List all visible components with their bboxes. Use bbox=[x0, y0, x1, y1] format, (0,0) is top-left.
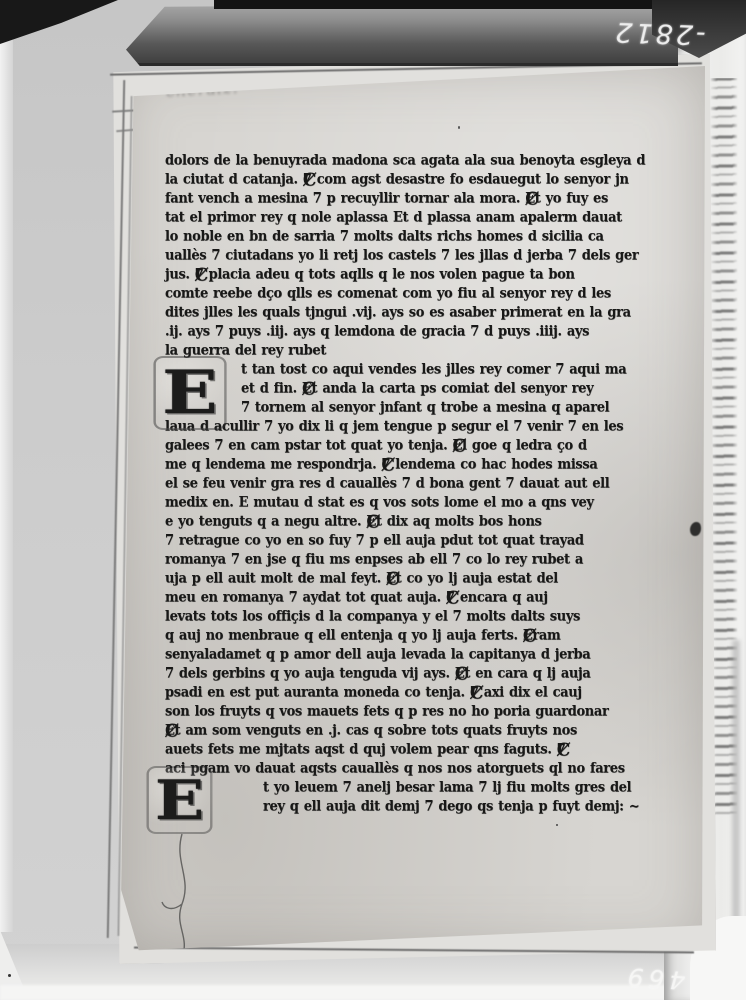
manuscript-line: romanya 7 en jse q fiu ms enpses ab ell … bbox=[165, 550, 665, 570]
manuscript-line: lo noble en bn de sarria 7 molts dalts r… bbox=[165, 227, 665, 247]
photo-bottom-glare bbox=[0, 985, 690, 1000]
paragraph-mark: Ȼ bbox=[386, 569, 399, 589]
manuscript-line: medix en. E mutau d stat es q vos sots l… bbox=[165, 493, 665, 513]
dust-speck bbox=[458, 126, 460, 129]
manuscript-line: el se feu venir gra res d cauallès 7 d b… bbox=[165, 474, 665, 494]
manuscript-line: t tan tost co aqui vendes les jlles rey … bbox=[165, 360, 665, 380]
paragraph-mark: Ȼ bbox=[165, 721, 178, 741]
manuscript-line: 7 tornem al senyor jnfant q trobe a mesi… bbox=[165, 398, 665, 418]
manuscript-line: et d fin. Ȼ Et anda la carta ps comiat d… bbox=[165, 379, 665, 399]
illuminated-initial-1: E bbox=[153, 356, 226, 430]
manuscript-line: rey q ell auja dit demj 7 dego qs tenja … bbox=[165, 797, 665, 817]
paragraph-mark: Ȼ bbox=[525, 189, 538, 209]
manuscript-line: levats tots los offiçis d la companya y … bbox=[165, 607, 665, 627]
manuscript-line: meu en romanya 7 aydat tot quat auja. Ȼ … bbox=[165, 588, 665, 608]
photo-left-edge-highlight bbox=[0, 30, 13, 932]
paragraph-mark: Ȼ bbox=[381, 455, 394, 475]
paragraph-mark: Ȼ bbox=[523, 626, 536, 646]
dust-speck bbox=[556, 824, 558, 826]
manuscript-line: q auj no menbraue q ell entenja q yo lj … bbox=[165, 626, 665, 646]
manuscript-line: son los fruyts q vos mauets fets q p res… bbox=[165, 702, 665, 722]
paragraph-mark: Ȼ bbox=[195, 265, 208, 285]
paragraph-mark: Ȼ bbox=[303, 170, 316, 190]
illuminated-initial-2: E bbox=[146, 766, 212, 834]
manuscript-line: aci pgam vo dauat aqsts cauallès q nos n… bbox=[165, 759, 665, 779]
manuscript-line: jus. Ȼ 7 placia adeu q tots aqlls q le n… bbox=[165, 265, 665, 285]
manuscript-line: uallès 7 ciutadans yo li retj los castel… bbox=[165, 246, 665, 266]
manuscript-line: uja p ell auit molt de mal feyt. Ȼ Et co… bbox=[165, 569, 665, 589]
paragraph-mark: Ȼ bbox=[446, 588, 459, 608]
manuscript-line: dolors de la benuyrada madona sca agata … bbox=[165, 151, 665, 171]
paragraph-mark: Ȼ bbox=[455, 664, 468, 684]
manuscript-line: fant vench a mesina 7 p recuyllir tornar… bbox=[165, 189, 665, 209]
manuscript-line: psadi en est put auranta moneda co tenja… bbox=[165, 683, 665, 703]
manuscript-line: galees 7 en cam pstar tot quat yo tenja.… bbox=[165, 436, 665, 456]
paragraph-mark: Ȼ bbox=[470, 683, 483, 703]
manuscript-line: comte reebe dço qlls es comenat com yo f… bbox=[165, 284, 665, 304]
manuscript-line: 7 dels gerbins q yo auja tenguda vij ays… bbox=[165, 664, 665, 684]
manuscript-line: e yo tenguts q a negu altre. Ȼ Et dix aq… bbox=[165, 512, 665, 532]
photo-top-left-dark-corner bbox=[0, 0, 118, 44]
manuscript-photograph: cheralz. dolors de la benuyrada madona s… bbox=[0, 0, 746, 1000]
manuscript-line: auets fets me mjtats aqst d quj volem pe… bbox=[165, 740, 665, 760]
manuscript-line: 7 retrague co yo en so fuy 7 p ell auja … bbox=[165, 531, 665, 551]
text-block: dolors de la benuyrada madona sca agata … bbox=[165, 151, 665, 816]
ink-blot bbox=[690, 522, 701, 536]
manuscript-line: me q lendema me respondrja. Ȼ 7 lendema … bbox=[165, 455, 665, 475]
manuscript-page: cheralz. dolors de la benuyrada madona s… bbox=[120, 66, 705, 952]
paragraph-mark: Ȼ bbox=[557, 740, 570, 760]
manuscript-line: .ij. ays 7 puys .iij. ays q lemdona de g… bbox=[165, 322, 665, 342]
manuscript-line: Ȼ Et am som venguts en .j. cas q sobre t… bbox=[165, 721, 665, 741]
dust-speck bbox=[8, 974, 11, 977]
archival-number-top: -2812 bbox=[575, 4, 706, 51]
manuscript-line: la ciutat d catanja. Ȼ 7 com agst desast… bbox=[165, 170, 665, 190]
manuscript-line: la guerra del rey rubet bbox=[165, 341, 665, 361]
manuscript-line: tat el primor rey q nole aplassa Et d pl… bbox=[165, 208, 665, 228]
manuscript-line: laua d acullir 7 yo dix li q jem tengue … bbox=[165, 417, 665, 437]
manuscript-line: dites jlles les quals tjngui .vij. ays s… bbox=[165, 303, 665, 323]
paragraph-mark: Ȼ bbox=[366, 512, 379, 532]
manuscript-line: t yo leuem 7 anelj besar lama 7 lj fiu m… bbox=[165, 778, 665, 798]
paragraph-mark: Ȼ bbox=[302, 379, 315, 399]
manuscript-line: senyaladamet q p amor dell auja levada l… bbox=[165, 645, 665, 665]
archival-number-bottom: 469 bbox=[595, 943, 688, 995]
paragraph-mark: Ȼ bbox=[453, 436, 466, 456]
